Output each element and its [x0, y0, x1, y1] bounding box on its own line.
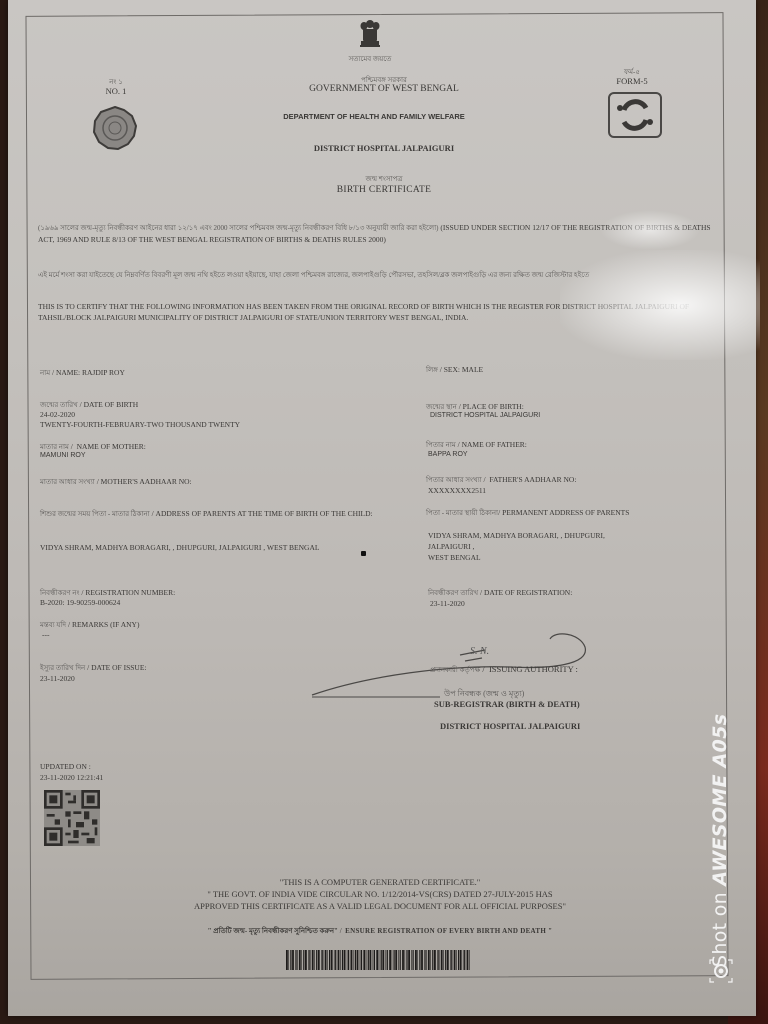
qr-code	[44, 790, 100, 846]
remarks-label: মন্তব্য যদি / REMARKS (IF ANY)	[40, 619, 139, 631]
certificate-border	[25, 12, 728, 980]
registration-date-label: নিবন্ধীকরণ তারিখ / DATE OF REGISTRATION:	[428, 587, 572, 599]
issued-under-text: (১৯৬৯ সালের জন্ম-মৃত্যু নিবন্ধীকরণ আইনের…	[38, 222, 714, 245]
camera-watermark: Shot on AWESOME A05s	[700, 730, 740, 990]
recycle-circle-icon	[610, 94, 660, 136]
hospital-name: DISTRICT HOSPITAL JALPAIGURI	[254, 143, 514, 153]
sex-value: MALE	[462, 365, 483, 374]
ink-dot	[361, 551, 366, 556]
authority-title: SUB-REGISTRAR (BIRTH & DEATH)	[434, 699, 580, 709]
dob-value-words: TWENTY-FOURTH-FEBRUARY-TWO THOUSAND TWEN…	[40, 420, 240, 429]
name-value: RAJDIP ROY	[82, 368, 125, 377]
signature-initials: S. N.	[470, 646, 489, 657]
updated-label: UPDATED ON :	[40, 762, 91, 771]
certify-text: THIS IS TO CERTIFY THAT THE FOLLOWING IN…	[38, 301, 714, 323]
sex-field: লিঙ্গ / SEX: MALE	[426, 364, 483, 376]
issue-date-value: 23-11-2020	[40, 674, 75, 683]
permanent-address-line2: JALPAIGURI ,	[428, 542, 474, 551]
no-label: NO. 1	[98, 86, 134, 96]
national-emblem-icon	[356, 18, 384, 52]
certify-text-bn: এই মর্মে শংসা করা যাইতেছে যে নিম্নবর্ণিত…	[38, 270, 714, 281]
registration-number-value: B-2020: 19-90259-000624	[40, 598, 120, 607]
govt-name: GOVERNMENT OF WEST BENGAL	[254, 84, 514, 94]
issuing-authority-label: প্রদানকারী কর্তৃপক্ষ / ISSUING AUTHORITY…	[430, 664, 578, 676]
place-of-birth-value: DISTRICT HOSPITAL JALPAIGURI	[430, 412, 540, 419]
emblem-caption: সত্যমেব জয়তে	[340, 53, 400, 65]
form-label: FORM-5	[604, 76, 660, 86]
address-at-birth-label: শিশুর জন্মের সময় পিতা - মাতার ঠিকানা / …	[40, 508, 410, 520]
mother-value: MAMUNI ROY	[40, 452, 86, 459]
remarks-value: ---	[42, 630, 50, 639]
footer-line3: APPROVED THIS CERTIFICATE AS A VALID LEG…	[130, 901, 630, 911]
father-value: BAPPA ROY	[428, 451, 468, 458]
crs-logo	[608, 92, 662, 138]
footer-line1: "THIS IS A COMPUTER GENERATED CERTIFICAT…	[150, 877, 610, 887]
father-aadhaar-value: XXXXXXXX2511	[428, 486, 486, 495]
updated-value: 23-11-2020 12:21:41	[40, 773, 103, 782]
father-aadhaar-label: পিতার আধার সংখ্যা / FATHER'S AADHAAR NO:	[426, 474, 576, 486]
permanent-address-line1: VIDYA SHRAM, MADHYA BORAGARI, , DHUPGURI…	[428, 531, 605, 540]
permanent-address-line3: WEST BENGAL	[428, 553, 481, 562]
certificate-title-bn: জন্ম শংসাপত্র	[324, 173, 444, 185]
footer-line2: " THE GOVT. OF INDIA VIDE CIRCULAR NO. 1…	[130, 889, 630, 899]
mother-aadhaar-label: মাতার আধার সংখ্যা / MOTHER'S AADHAAR NO:	[40, 476, 192, 488]
registration-date-value: 23-11-2020	[430, 599, 465, 608]
name-field: নাম / NAME: RAJDIP ROY	[40, 367, 125, 379]
authority-office: DISTRICT HOSPITAL JALPAIGURI	[440, 721, 580, 731]
department-name: DEPARTMENT OF HEALTH AND FAMILY WELFARE	[224, 112, 524, 121]
father-label: পিতার নাম / NAME OF FATHER:	[426, 439, 527, 451]
address-at-birth-value: VIDYA SHRAM, MADHYA BORAGARI, , DHUPGURI…	[40, 543, 319, 552]
camera-focus-icon	[708, 958, 734, 984]
watermark-text: Shot on AWESOME A05s	[709, 735, 731, 967]
footer-slogan: " প্রতিটি জন্ম- মৃত্যু নিবন্ধীকরণ সুনিশ্…	[150, 925, 610, 937]
seal-icon	[92, 106, 138, 150]
issue-date-label: ইস্যুর তারিখ দিন / DATE OF ISSUE:	[40, 662, 147, 674]
dob-value: 24-02-2020	[40, 410, 75, 419]
barcode	[286, 950, 470, 970]
permanent-address-label: পিতা - মাতার স্থায়ী ঠিকানা/ PERMANENT A…	[426, 507, 629, 519]
certificate-title: BIRTH CERTIFICATE	[294, 185, 474, 195]
